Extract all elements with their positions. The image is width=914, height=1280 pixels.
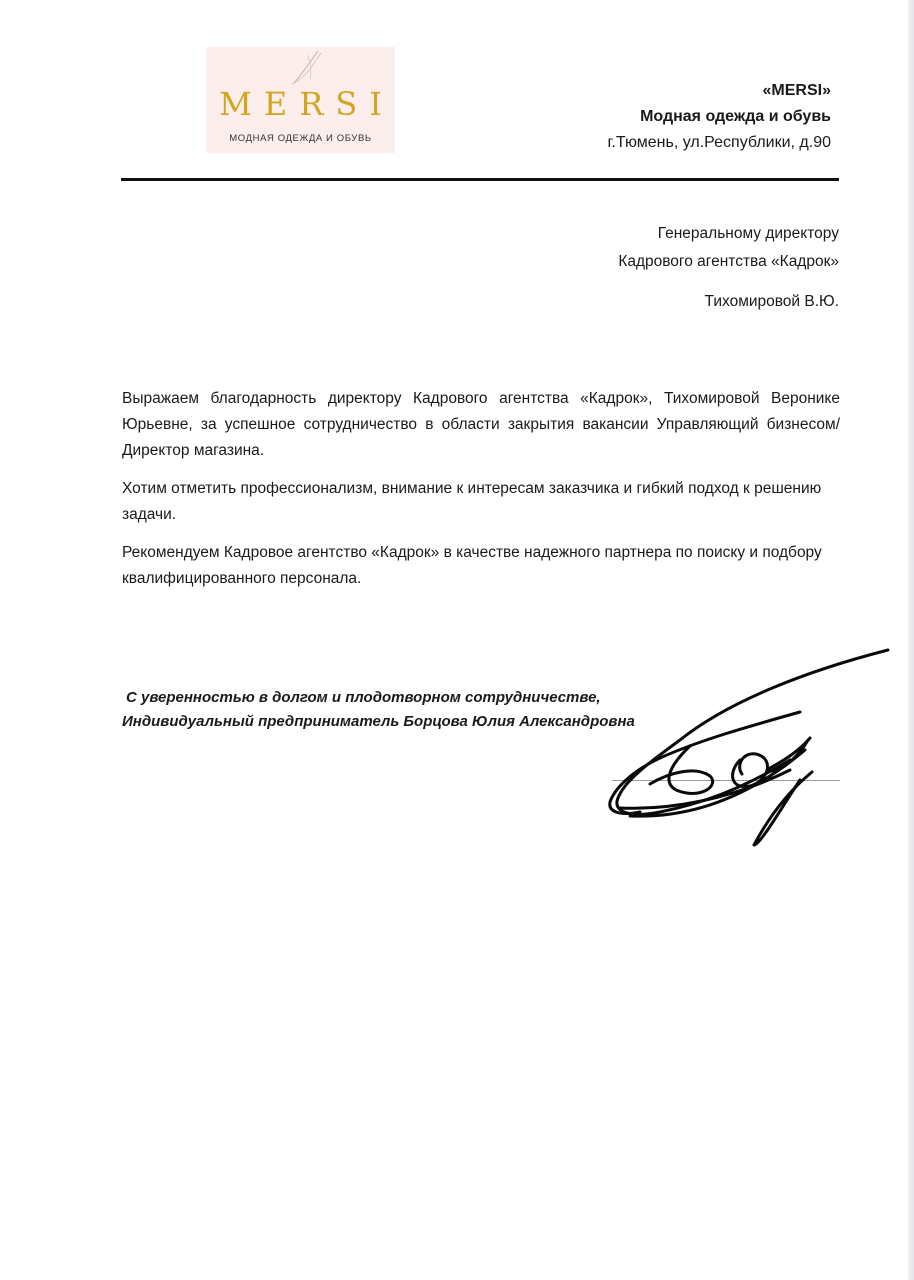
page-edge [908, 0, 914, 1280]
logo-subtitle: МОДНАЯ ОДЕЖДА И ОБУВЬ [206, 133, 395, 144]
sender-block: «MERSI» Модная одежда и обувь г.Тюмень, … [608, 78, 831, 156]
addressee-name: Тихомировой В.Ю. [618, 288, 839, 316]
addressee-block: Генеральному директору Кадрового агентст… [618, 220, 839, 316]
closing-line: С уверенностью в долгом и плодотворном с… [122, 686, 635, 710]
company-logo: MERSI МОДНАЯ ОДЕЖДА И ОБУВЬ [206, 47, 395, 153]
letter-body: Выражаем благодарность директору Кадрово… [122, 386, 840, 604]
quill-icon [288, 49, 324, 89]
body-paragraph: Выражаем благодарность директору Кадрово… [122, 386, 840, 464]
closing-block: С уверенностью в долгом и плодотворном с… [122, 686, 635, 734]
addressee-organization: Кадрового агентства «Кадрок» [618, 248, 839, 276]
body-paragraph: Хотим отметить профессионализм, внимание… [122, 476, 840, 528]
sender-address: г.Тюмень, ул.Республики, д.90 [608, 130, 831, 156]
signatory-name: Индивидуальный предприниматель Борцова Ю… [122, 710, 635, 734]
logo-wordmark: MERSI [206, 85, 395, 123]
body-paragraph: Рекомендуем Кадровое агентство «Кадрок» … [122, 540, 840, 592]
sender-tagline: Модная одежда и обувь [608, 104, 831, 130]
addressee-title: Генеральному директору [618, 220, 839, 248]
sender-name: «MERSI» [608, 78, 831, 104]
header-divider [121, 178, 839, 181]
handwritten-signature-icon [590, 640, 900, 860]
